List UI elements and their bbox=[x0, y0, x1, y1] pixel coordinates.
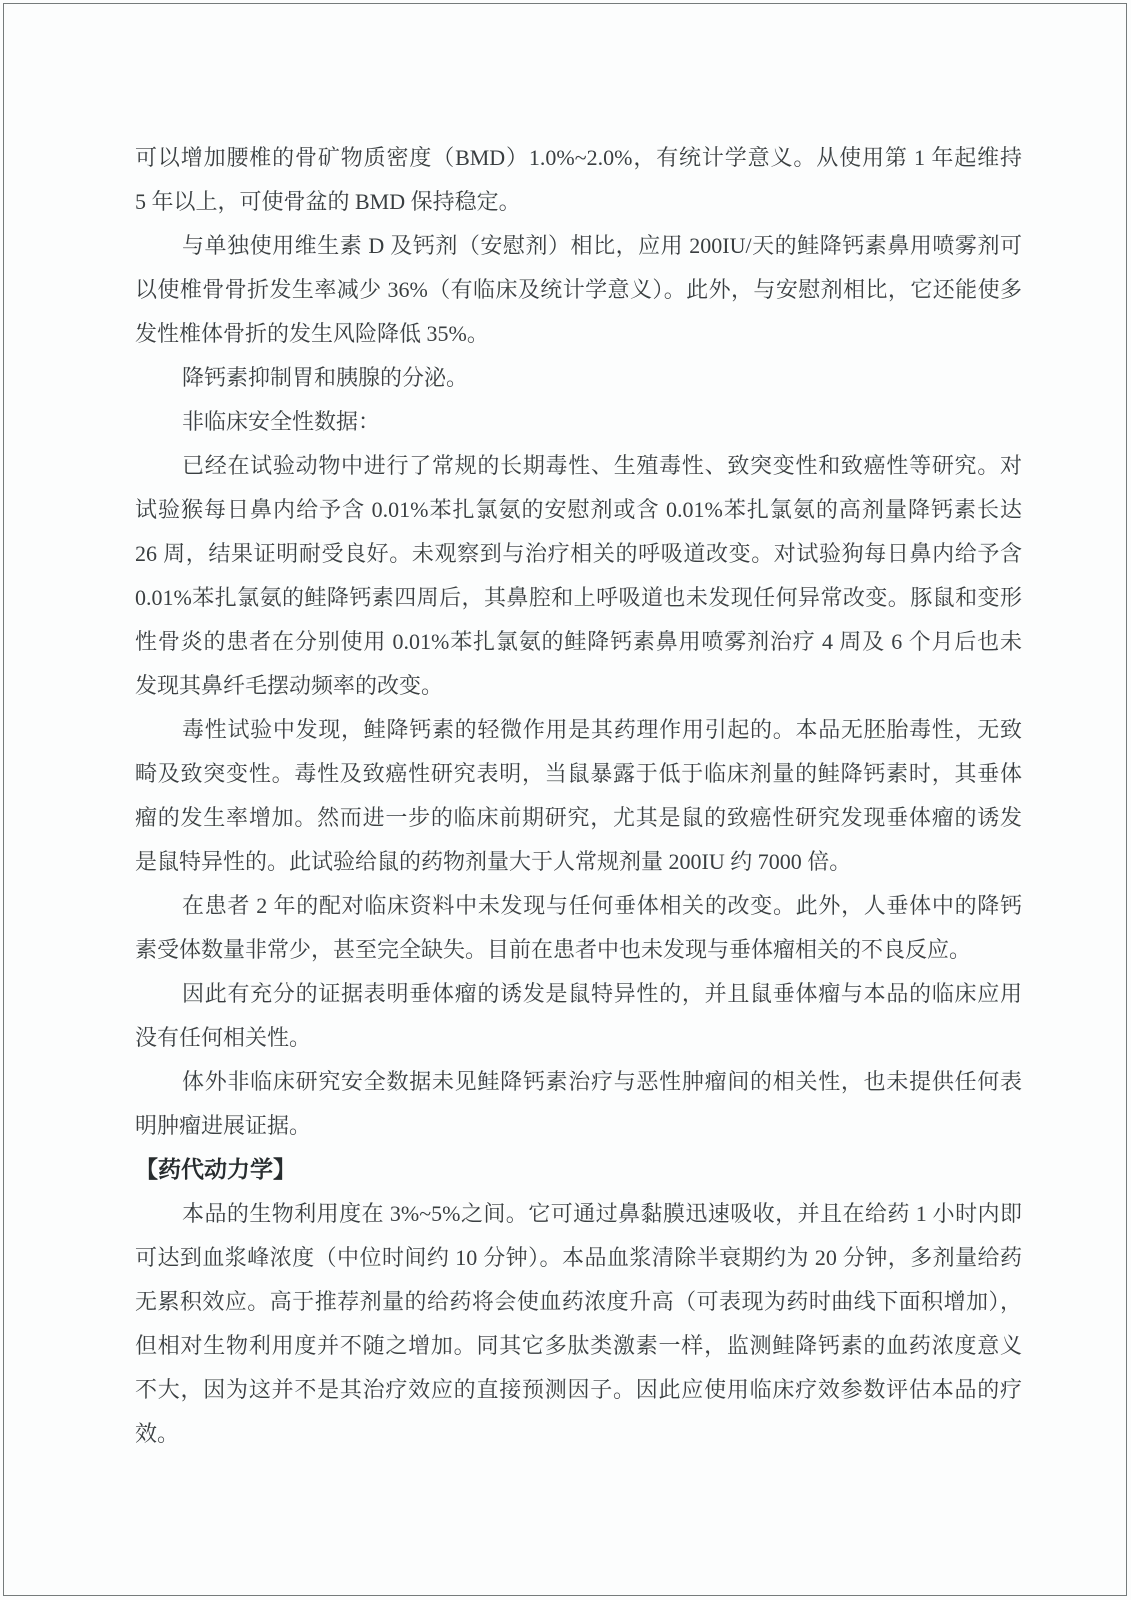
text-line: 不大，因为这并不是其治疗效应的直接预测因子。因此应使用临床疗效参数评估本品的疗 bbox=[135, 1368, 1022, 1412]
text-line: 试验猴每日鼻内给予含 0.01%苯扎氯氨的安慰剂或含 0.01%苯扎氯氨的高剂量… bbox=[135, 488, 1022, 532]
text-line: 没有任何相关性。 bbox=[135, 1016, 1022, 1060]
text-line: 毒性试验中发现，鲑降钙素的轻微作用是其药理作用引起的。本品无胚胎毒性，无致 bbox=[135, 708, 1022, 752]
text-line: 是鼠特异性的。此试验给鼠的药物剂量大于人常规剂量 200IU 约 7000 倍。 bbox=[135, 840, 1022, 884]
text-line: 26 周，结果证明耐受良好。未观察到与治疗相关的呼吸道改变。对试验狗每日鼻内给予… bbox=[135, 532, 1022, 576]
text-line: 素受体数量非常少，甚至完全缺失。目前在患者中也未发现与垂体瘤相关的不良反应。 bbox=[135, 928, 1022, 972]
text-line: 效。 bbox=[135, 1412, 1022, 1456]
text-line: 降钙素抑制胃和胰腺的分泌。 bbox=[135, 356, 1022, 400]
text-line: 发性椎体骨折的发生风险降低 35%。 bbox=[135, 312, 1022, 356]
text-line: 5 年以上，可使骨盆的 BMD 保持稳定。 bbox=[135, 180, 1022, 224]
text-line: 0.01%苯扎氯氨的鲑降钙素四周后，其鼻腔和上呼吸道也未发现任何异常改变。豚鼠和… bbox=[135, 576, 1022, 620]
text-line: 以使椎骨骨折发生率减少 36%（有临床及统计学意义）。此外，与安慰剂相比，它还能… bbox=[135, 268, 1022, 312]
text-line: 但相对生物利用度并不随之增加。同其它多肽类激素一样，监测鲑降钙素的血药浓度意义 bbox=[135, 1324, 1022, 1368]
text-line: 无累积效应。高于推荐剂量的给药将会使血药浓度升高（可表现为药时曲线下面积增加）， bbox=[135, 1280, 1022, 1324]
text-line: 明肿瘤进展证据。 bbox=[135, 1104, 1022, 1148]
text-line: 可以增加腰椎的骨矿物质密度（BMD）1.0%~2.0%，有统计学意义。从使用第 … bbox=[135, 136, 1022, 180]
text-line: 发现其鼻纤毛摆动频率的改变。 bbox=[135, 664, 1022, 708]
document-body: 可以增加腰椎的骨矿物质密度（BMD）1.0%~2.0%，有统计学意义。从使用第 … bbox=[135, 136, 1022, 1456]
text-line: 因此有充分的证据表明垂体瘤的诱发是鼠特异性的，并且鼠垂体瘤与本品的临床应用 bbox=[135, 972, 1022, 1016]
text-line: 可达到血浆峰浓度（中位时间约 10 分钟）。本品血浆清除半衰期约为 20 分钟，… bbox=[135, 1236, 1022, 1280]
section-heading-pharmacokinetics: 【药代动力学】 bbox=[135, 1148, 1022, 1192]
text-line: 在患者 2 年的配对临床资料中未发现与任何垂体相关的改变。此外，人垂体中的降钙 bbox=[135, 884, 1022, 928]
text-line: 本品的生物利用度在 3%~5%之间。它可通过鼻黏膜迅速吸收，并且在给药 1 小时… bbox=[135, 1192, 1022, 1236]
text-line: 非临床安全性数据： bbox=[135, 400, 1022, 444]
text-line: 瘤的发生率增加。然而进一步的临床前期研究，尤其是鼠的致癌性研究发现垂体瘤的诱发 bbox=[135, 796, 1022, 840]
text-line: 体外非临床研究安全数据未见鲑降钙素治疗与恶性肿瘤间的相关性，也未提供任何表 bbox=[135, 1060, 1022, 1104]
text-line: 与单独使用维生素 D 及钙剂（安慰剂）相比，应用 200IU/天的鲑降钙素鼻用喷… bbox=[135, 224, 1022, 268]
text-line: 畸及致突变性。毒性及致癌性研究表明，当鼠暴露于低于临床剂量的鲑降钙素时，其垂体 bbox=[135, 752, 1022, 796]
text-line: 已经在试验动物中进行了常规的长期毒性、生殖毒性、致突变性和致癌性等研究。对 bbox=[135, 444, 1022, 488]
text-line: 性骨炎的患者在分别使用 0.01%苯扎氯氨的鲑降钙素鼻用喷雾剂治疗 4 周及 6… bbox=[135, 620, 1022, 664]
